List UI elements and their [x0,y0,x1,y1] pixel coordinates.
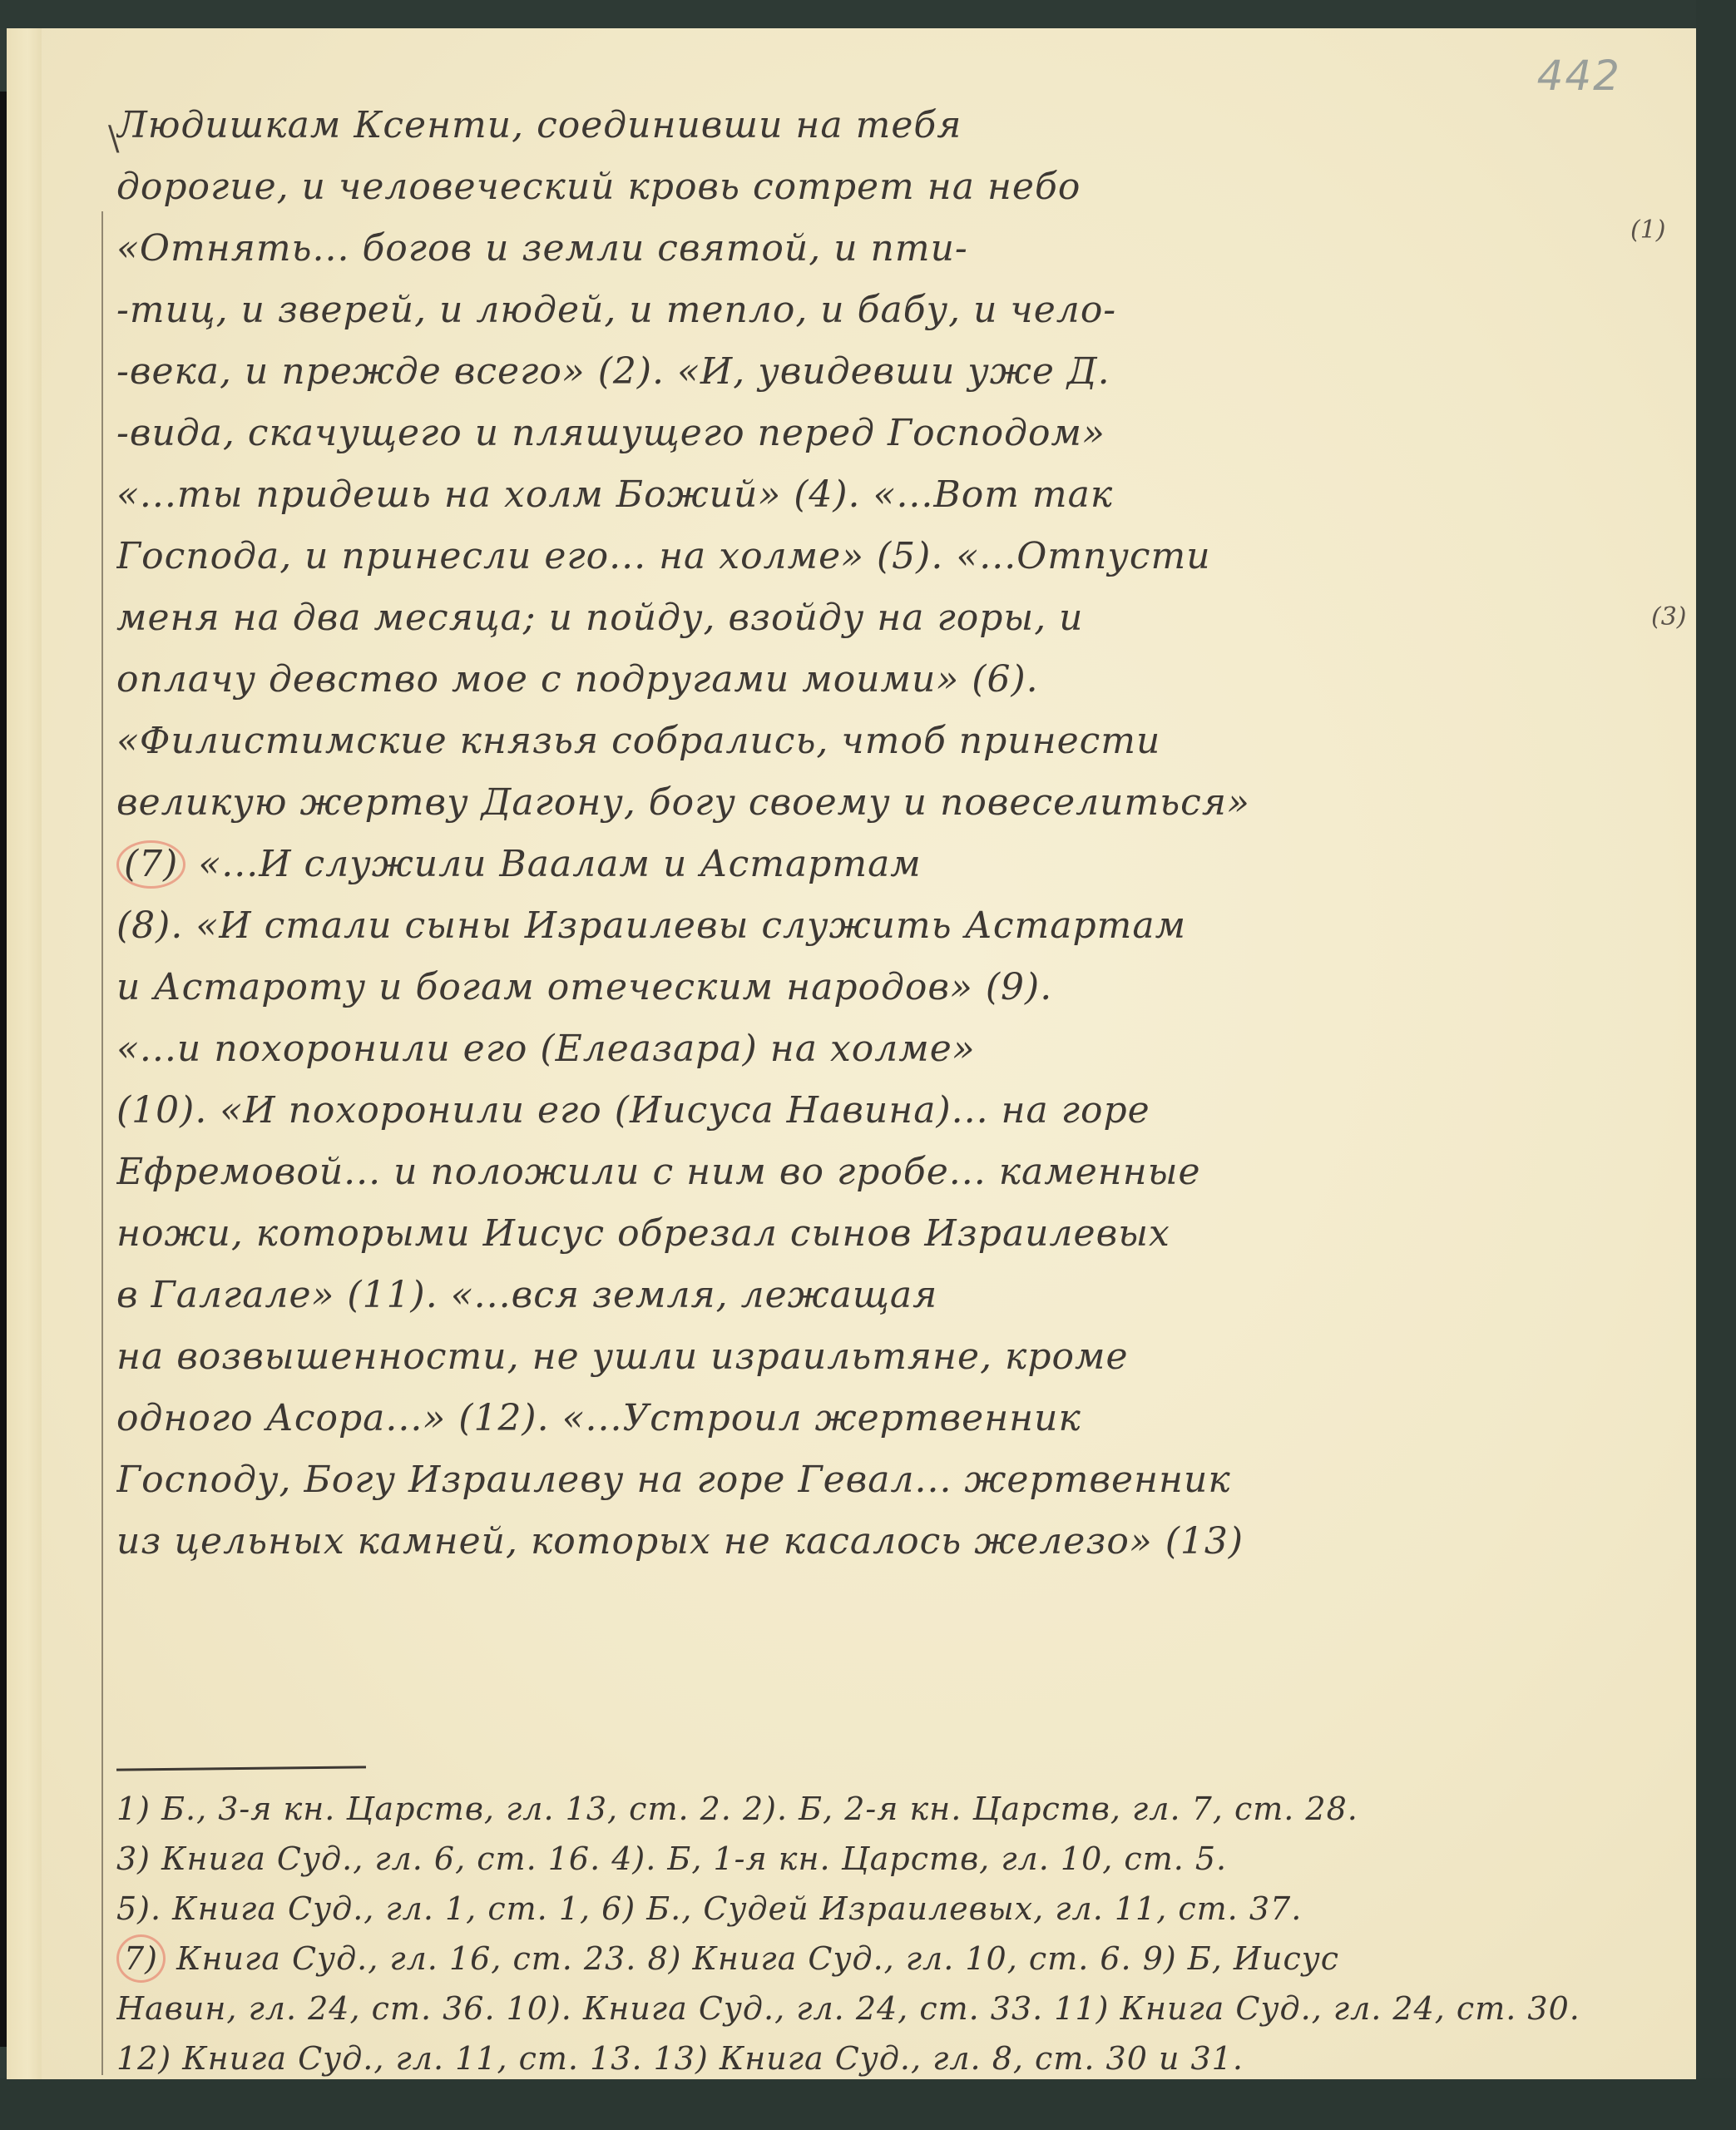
scan-frame-top [0,0,1736,28]
footnotes: 1) Б., 3-я кн. Царств, гл. 13, ст. 2. 2)… [116,1784,1697,2083]
text-line: оплачу девство мое с подругами моими» (6… [116,649,1680,711]
text-line-rest: «...И служили Ваалам и Астартам [185,843,921,885]
text-line: -тиц, и зверей, и людей, и тепло, и бабу… [116,280,1680,341]
text-line: (10). «И похоронили его (Иисуса Навина).… [116,1080,1680,1142]
scan-frame-bottom [0,2078,1736,2130]
footnote-line-rest: Книга Суд., гл. 16, ст. 23. 8) Книга Суд… [166,1940,1339,1977]
footnote-line: Навин, гл. 24, ст. 36. 10). Книга Суд., … [116,1984,1697,2033]
footnote-separator [116,1766,366,1771]
text-line: «...ты придешь на холм Божий» (4). «...В… [116,464,1680,526]
text-line: одного Асора...» (12). «...Устроил жертв… [116,1388,1680,1449]
footnote-line: 1) Б., 3-я кн. Царств, гл. 13, ст. 2. 2)… [116,1784,1697,1834]
footnote-line: 7) Книга Суд., гл. 16, ст. 23. 8) Книга … [116,1934,1697,1984]
body-text: Людишкам Ксенти, соединивши на тебя доро… [116,95,1680,1573]
margin-note-ref-1: (1) [1630,215,1666,245]
red-circled-footnote: 7) [116,1934,166,1983]
margin-rule [101,211,103,2075]
text-line: ножи, которыми Иисус обрезал сынов Израи… [116,1203,1680,1265]
red-circled-reference: (7) [116,840,185,889]
text-line: (8). «И стали сыны Израилевы служить Аст… [116,895,1680,957]
text-line: «Филистимские князья собрались, чтоб при… [116,711,1680,772]
footnote-line: 12) Книга Суд., гл. 11, ст. 13. 13) Книг… [116,2033,1697,2083]
scan-frame-right [1696,0,1736,2130]
footnote-line: 3) Книга Суд., гл. 6, ст. 16. 4). Б, 1-я… [116,1834,1697,1884]
text-line: «...и похоронили его (Елеазара) на холме… [116,1018,1680,1080]
text-line: Ефремовой... и положили с ним во гробе..… [116,1142,1680,1203]
manuscript-page: 442 \ Людишкам Ксенти, соединивши на теб… [42,28,1696,2079]
text-line: -века, и прежде всего» (2). «И, увидевши… [116,341,1680,403]
text-line: «Отнять... богов и земли святой, и пти- [116,218,1680,280]
footnote-line: 5). Книга Суд., гл. 1, ст. 1, 6) Б., Суд… [116,1884,1697,1934]
text-line: меня на два месяца; и пойду, взойду на г… [116,587,1680,649]
text-line: на возвышенности, не ушли израильтяне, к… [116,1326,1680,1388]
text-line: в Галгале» (11). «...вся земля, лежащая [116,1265,1680,1326]
text-line: из цельных камней, которых не касалось ж… [116,1511,1680,1573]
text-line: -вида, скачущего и пляшущего перед Госпо… [116,403,1680,464]
margin-note-ref-3: (3) [1651,602,1687,632]
text-line: Людишкам Ксенти, соединивши на тебя [116,95,1680,156]
text-line: (7) «...И служили Ваалам и Астартам [116,834,1680,895]
text-line: великую жертву Дагону, богу своему и пов… [116,772,1680,834]
folio-number: 442 [1537,52,1621,100]
text-line: дорогие, и человеческий кровь сотрет на … [116,156,1680,218]
text-line: Господу, Богу Израилеву на горе Гевал...… [116,1449,1680,1511]
scan-edge-left [0,92,7,2047]
text-line: Господа, и принесли его... на холме» (5)… [116,526,1680,587]
adjacent-page-strip [7,28,42,2079]
text-line: и Астароту и богам отеческим народов» (9… [116,957,1680,1018]
